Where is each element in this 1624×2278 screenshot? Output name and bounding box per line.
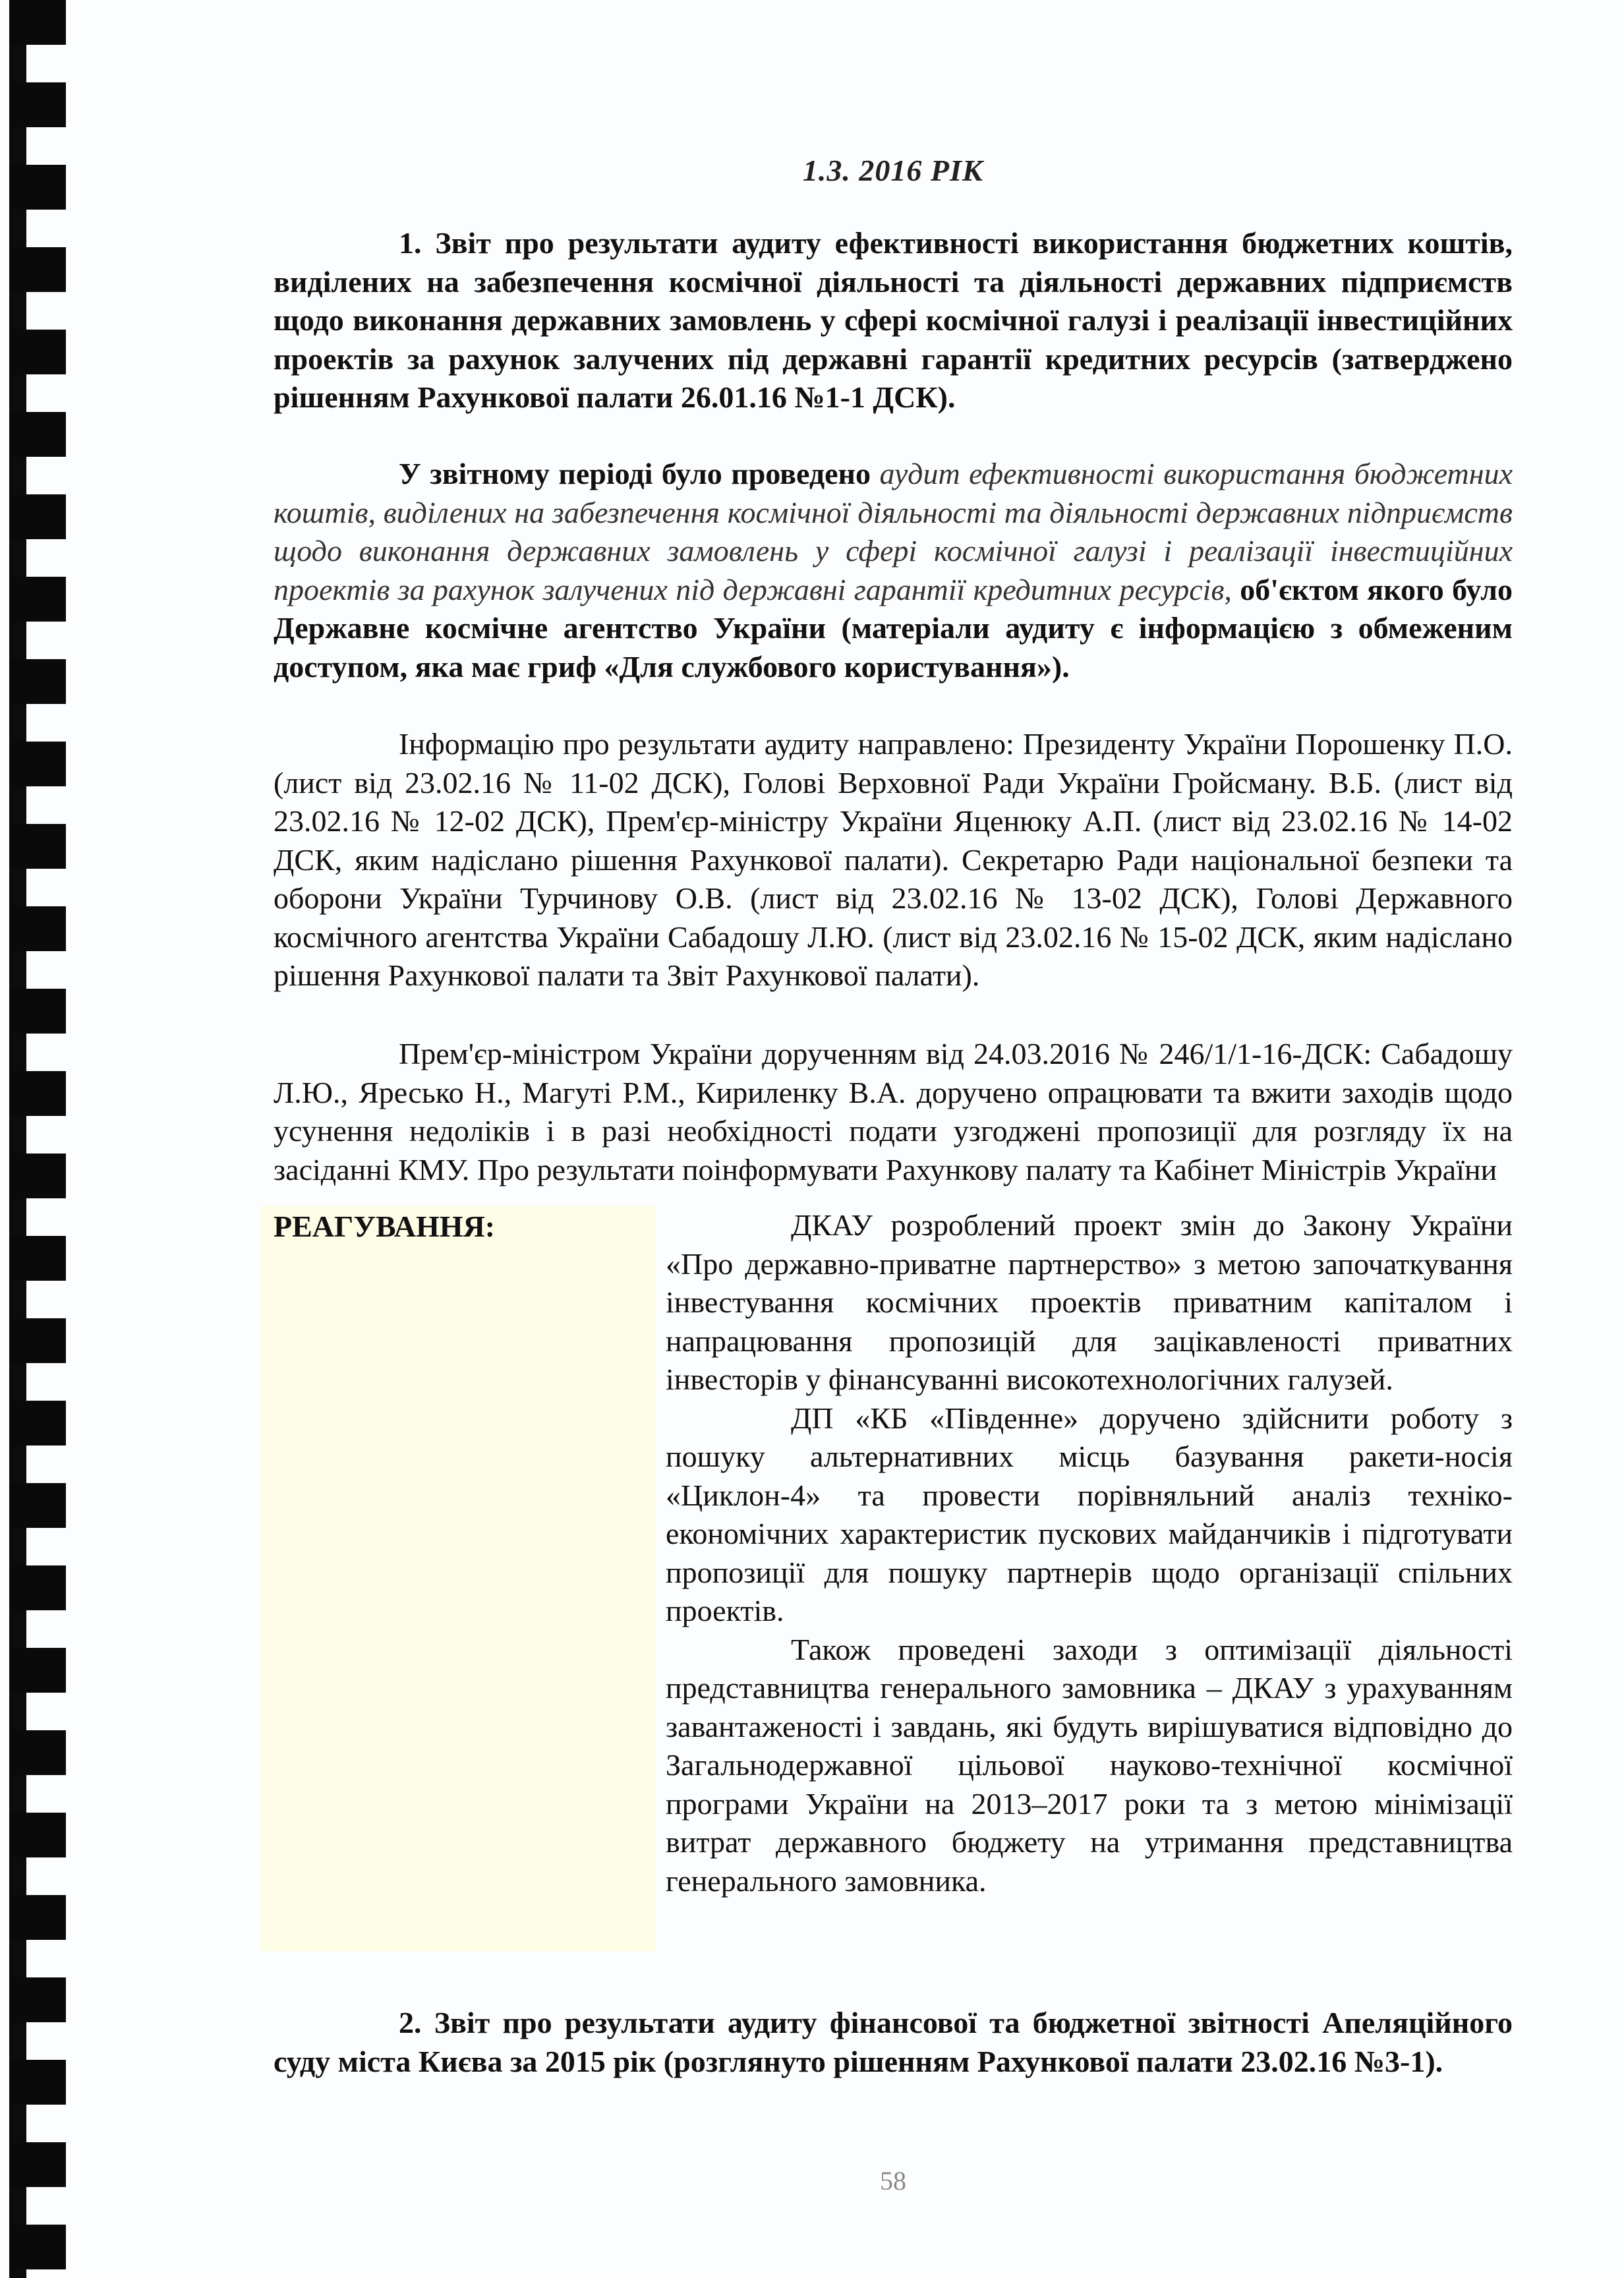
binding-tooth: [9, 247, 66, 292]
binding-tooth: [9, 1565, 66, 1610]
binding-tooth: [9, 2225, 66, 2269]
binding-tooth: [9, 494, 66, 539]
binding-tooth: [9, 577, 66, 622]
binding-tooth: [9, 824, 66, 869]
section-title: 1.3. 2016 РІК: [274, 153, 1513, 188]
reaction-label: РЕАГУВАННЯ:: [274, 1209, 495, 1244]
reaction-paragraph: Також проведені заходи з оптимізації дія…: [666, 1631, 1513, 1901]
binding-tooth: [9, 1648, 66, 1693]
binding-tooth: [9, 1977, 66, 2022]
item-1-heading: 1. Звіт про результати аудиту ефективнос…: [274, 224, 1513, 417]
pm-order: Прем'єр-міністром України дорученням від…: [274, 1035, 1513, 1189]
audit-summary: У звітному періоді було проведено аудит …: [274, 455, 1513, 686]
binding-tooth: [9, 1318, 66, 1363]
reaction-highlight: [260, 1206, 656, 1951]
binding-tooth: [9, 742, 66, 786]
binding-tooth: [9, 1895, 66, 1940]
reaction-body: ДКАУ розроблений проект змін до Закону У…: [666, 1206, 1513, 1900]
binding-tooth: [9, 1483, 66, 1528]
binding-tooth: [9, 2060, 66, 2105]
item-2-heading: 2. Звіт про результати аудиту фінансової…: [274, 2004, 1513, 2081]
binding-tooth: [9, 1236, 66, 1281]
page-number: 58: [274, 2165, 1513, 2196]
comb-binding: [0, 0, 79, 2278]
period-intro: У звітному періоді було проведено: [399, 457, 871, 490]
binding-tooth: [9, 1730, 66, 1775]
reaction-paragraph: ДКАУ розроблений проект змін до Закону У…: [666, 1206, 1513, 1399]
binding-tooth: [9, 1154, 66, 1198]
binding-tooth: [9, 165, 66, 210]
info-sent: Інформацію про результати аудиту направл…: [274, 725, 1513, 995]
binding-tooth: [9, 2142, 66, 2187]
binding-tooth: [9, 1071, 66, 1116]
info-sent-paragraph: Інформацію про результати аудиту направл…: [274, 725, 1513, 995]
reaction-paragraph: ДП «КБ «Південне» доручено здійснити роб…: [666, 1399, 1513, 1631]
binding-tooth: [9, 82, 66, 127]
binding-tooth: [9, 989, 66, 1034]
binding-tooth: [9, 330, 66, 374]
audit-summary-paragraph: У звітному періоді було проведено аудит …: [274, 455, 1513, 686]
binding-tooth: [9, 1401, 66, 1446]
binding-tooth: [9, 906, 66, 951]
item-2: 2. Звіт про результати аудиту фінансової…: [274, 2004, 1513, 2081]
binding-tooth: [9, 0, 66, 45]
item-1: 1. Звіт про результати аудиту ефективнос…: [274, 224, 1513, 417]
binding-tooth: [9, 659, 66, 704]
binding-tooth: [9, 1813, 66, 1857]
binding-tooth: [9, 412, 66, 457]
pm-order-paragraph: Прем'єр-міністром України дорученням від…: [274, 1035, 1513, 1189]
